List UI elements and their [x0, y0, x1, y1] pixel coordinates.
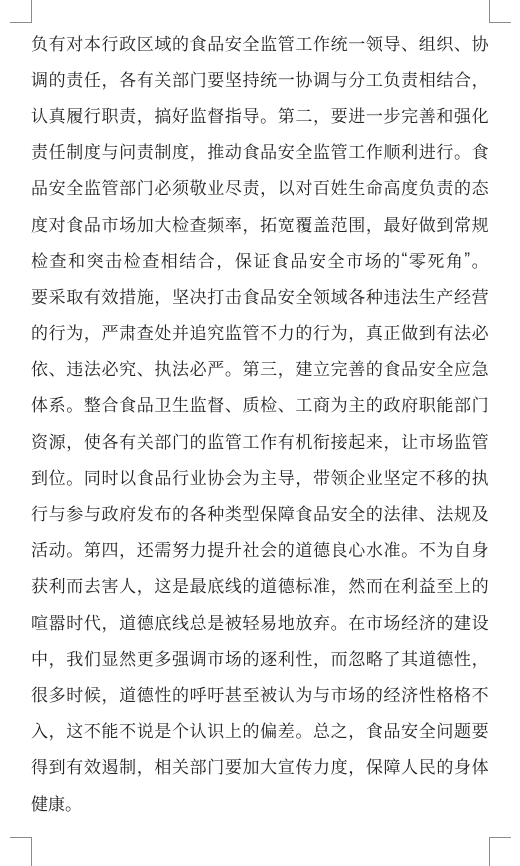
text-line: 调的责任，各有关部门要坚持统一协调与分工负责相结合， [31, 60, 489, 96]
text-line: 要采取有效措施，坚决打击食品安全领域各种违法生产经营 [31, 277, 489, 313]
text-line: 活动。第四，还需努力提升社会的道德良心水准。不为自身 [31, 531, 489, 567]
text-line: 入，这不能不说是个认识上的偏差。总之，食品安全问题要 [31, 712, 489, 748]
text-line: 到位。同时以食品行业协会为主导，带领企业坚定不移的执 [31, 458, 489, 494]
text-line: 品安全监管部门必须敬业尽责，以对百姓生命高度负责的态 [31, 169, 489, 205]
text-line: 负有对本行政区域的食品安全监管工作统一领导、组织、协 [31, 24, 489, 60]
text-line: 中，我们显然更多强调市场的逐利性，而忽略了其道德性， [31, 639, 489, 675]
text-line: 责任制度与问责制度，推动食品安全监管工作顺利进行。食 [31, 133, 489, 169]
text-line: 资源，使各有关部门的监管工作有机衔接起来，让市场监管 [31, 422, 489, 458]
text-line: 获利而去害人，这是最底线的道德标准，然而在利益至上的 [31, 567, 489, 603]
text-line: 认真履行职责，搞好监督指导。第二，要进一步完善和强化 [31, 96, 489, 132]
essay-body: 负有对本行政区域的食品安全监管工作统一领导、组织、协 调的责任，各有关部门要坚持… [31, 24, 489, 820]
text-line: 检查和突击检查相结合，保证食品安全市场的“零死角”。 [31, 241, 489, 277]
text-line: 很多时候，道德性的呼吁甚至被认为与市场的经济性格格不 [31, 675, 489, 711]
margin-mark-bottom-right [489, 837, 511, 866]
document-page: 负有对本行政区域的食品安全监管工作统一领导、组织、协 调的责任，各有关部门要坚持… [0, 0, 520, 866]
text-line: 度对食品市场加大检查频率，拓宽覆盖范围，最好做到常规 [31, 205, 489, 241]
text-line: 健康。 [31, 784, 489, 820]
text-line: 行与参与政府发布的各种类型保障食品安全的法律、法规及 [31, 494, 489, 530]
text-line: 得到有效遏制，相关部门要加大宣传力度，保障人民的身体 [31, 748, 489, 784]
text-line: 依、违法必究、执法必严。第三，建立完善的食品安全应急 [31, 350, 489, 386]
margin-mark-bottom-left [10, 837, 32, 866]
margin-mark-top-left [10, 0, 32, 23]
text-line: 喧嚣时代，道德底线总是被轻易地放弃。在市场经济的建设 [31, 603, 489, 639]
text-line: 体系。整合食品卫生监督、质检、工商为主的政府职能部门 [31, 386, 489, 422]
margin-mark-top-right [489, 0, 511, 23]
text-line: 的行为，严肃查处并追究监管不力的行为，真正做到有法必 [31, 314, 489, 350]
